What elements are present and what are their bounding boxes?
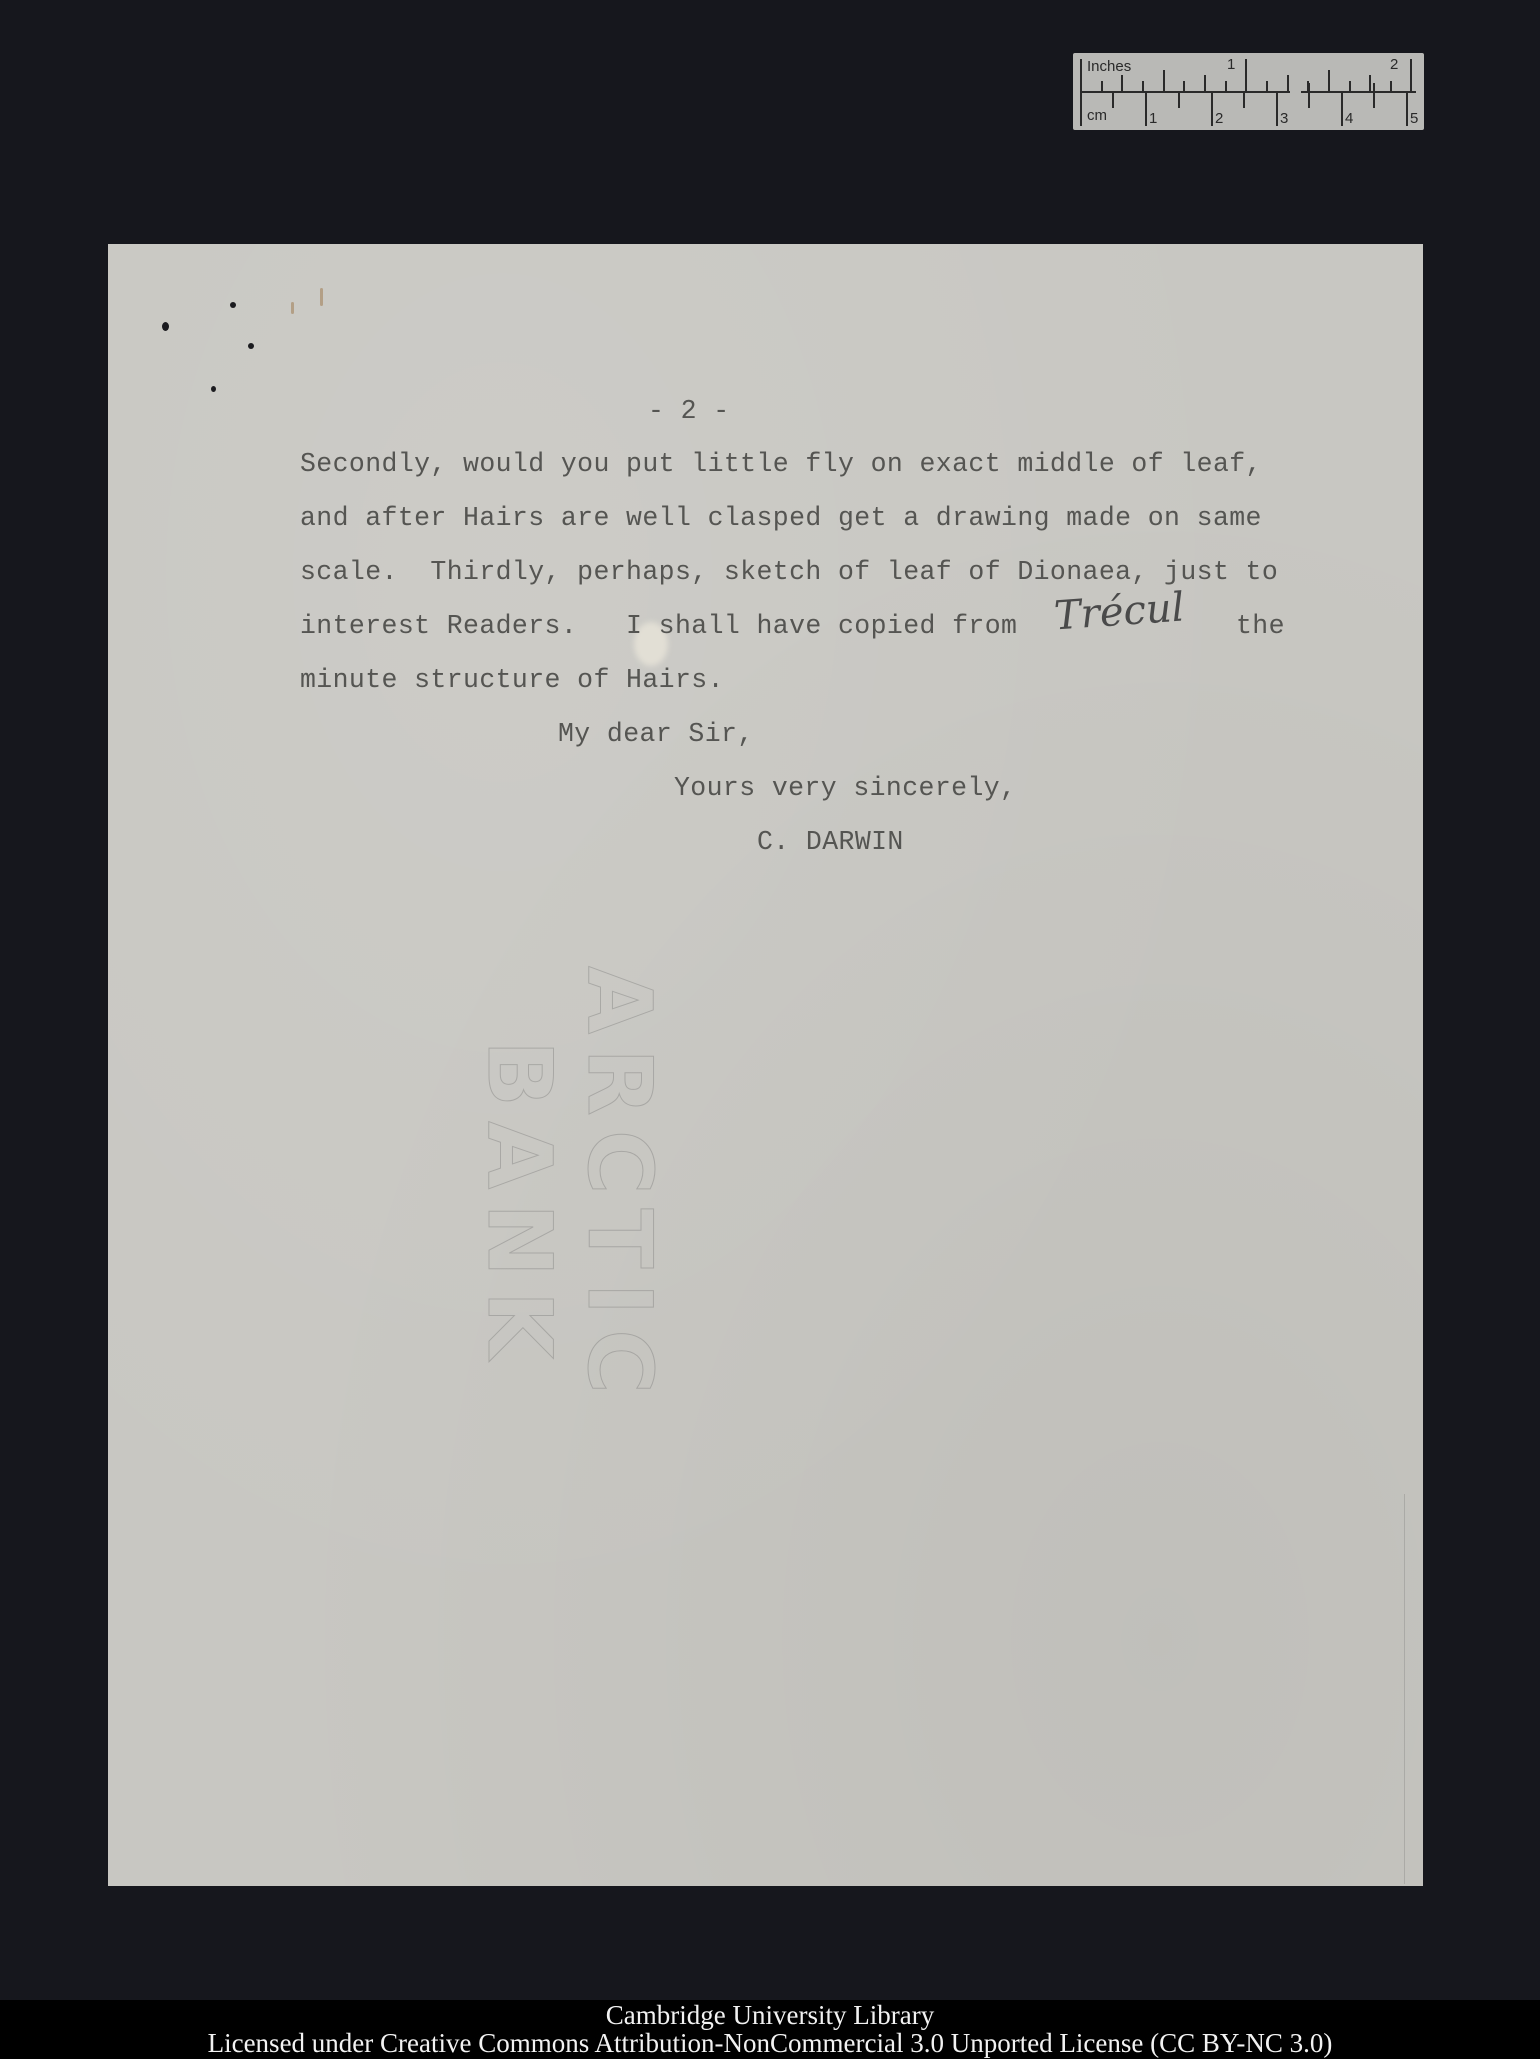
ruler-tick [1183, 81, 1185, 92]
page-number: - 2 - [648, 398, 730, 425]
body-line-2: and after Hairs are well clasped get a d… [300, 505, 1262, 532]
ruler-tick [1145, 92, 1147, 126]
pin-hole [162, 322, 169, 331]
ruler-tick [1276, 92, 1278, 126]
salutation: My dear Sir, [558, 721, 754, 748]
ruler-tick [1211, 92, 1213, 126]
scale-ruler: Inches cm 1 2 1 2 3 4 5 [1073, 53, 1424, 130]
caption-license: Licensed under Creative Commons Attribut… [0, 2029, 1540, 2057]
ruler-tick [1080, 59, 1082, 92]
ruler-tick [1308, 83, 1310, 108]
ruler-tick [1266, 81, 1268, 92]
body-line-4-end: the [1236, 613, 1285, 640]
ruler-tick [1245, 59, 1247, 92]
ruler-tick [1369, 75, 1371, 92]
body-line-3: scale. Thirdly, perhaps, sketch of leaf … [300, 559, 1278, 586]
ruler-cm-number: 2 [1215, 111, 1223, 126]
ruler-tick [1080, 92, 1082, 126]
body-line-5: minute structure of Hairs. [300, 667, 724, 694]
ruler-tick [1390, 81, 1392, 92]
watermark-line-2: BANK [475, 1040, 563, 1373]
ruler-cm-label: cm [1087, 108, 1107, 123]
ruler-tick [1101, 81, 1103, 92]
ruler-tick [1341, 92, 1343, 126]
ruler-tick [1142, 81, 1144, 92]
body-line-4: interest Readers. I shall have copied fr… [300, 613, 1017, 640]
ruler-inch-label: 2 [1390, 57, 1398, 72]
ruler-tick [1225, 81, 1227, 92]
rust-stain [291, 302, 294, 314]
ruler-tick [1121, 75, 1123, 92]
rust-stain [320, 288, 323, 306]
pin-hole [248, 343, 254, 349]
watermark-line-1: ARCTIC [575, 966, 663, 1408]
ruler-tick [1410, 59, 1412, 92]
letter-page: ARCTIC BANK - 2 - Secondly, would you pu… [108, 244, 1423, 1886]
ruler-tick [1328, 70, 1330, 92]
body-line-1: Secondly, would you put little fly on ex… [300, 451, 1262, 478]
ruler-cm-number: 3 [1280, 111, 1288, 126]
signature: C. DARWIN [757, 829, 904, 856]
ruler-tick [1349, 81, 1351, 92]
ruler-tick [1287, 75, 1289, 92]
ruler-tick [1406, 92, 1408, 126]
ruler-cm-number: 4 [1345, 111, 1353, 126]
ruler-cm-number: 1 [1149, 111, 1157, 126]
ruler-tick [1373, 83, 1375, 108]
license-caption: Cambridge University Library Licensed un… [0, 2000, 1540, 2059]
ruler-tick [1112, 92, 1114, 108]
ruler-inches-label: Inches [1087, 59, 1131, 74]
pin-hole [230, 302, 236, 308]
paper-edge-crease [1404, 1494, 1405, 1884]
ruler-tick [1243, 92, 1245, 108]
closing: Yours very sincerely, [674, 775, 1016, 802]
handwritten-insertion: Trécul [1053, 587, 1186, 636]
ruler-tick [1204, 75, 1206, 92]
pin-hole [211, 386, 216, 392]
caption-institution: Cambridge University Library [0, 2001, 1540, 2029]
ruler-line [1301, 91, 1416, 93]
ruler-cm-number: 5 [1410, 111, 1418, 126]
ruler-tick [1163, 70, 1165, 92]
ruler-tick [1178, 92, 1180, 108]
ruler-inch-label: 1 [1227, 57, 1235, 72]
